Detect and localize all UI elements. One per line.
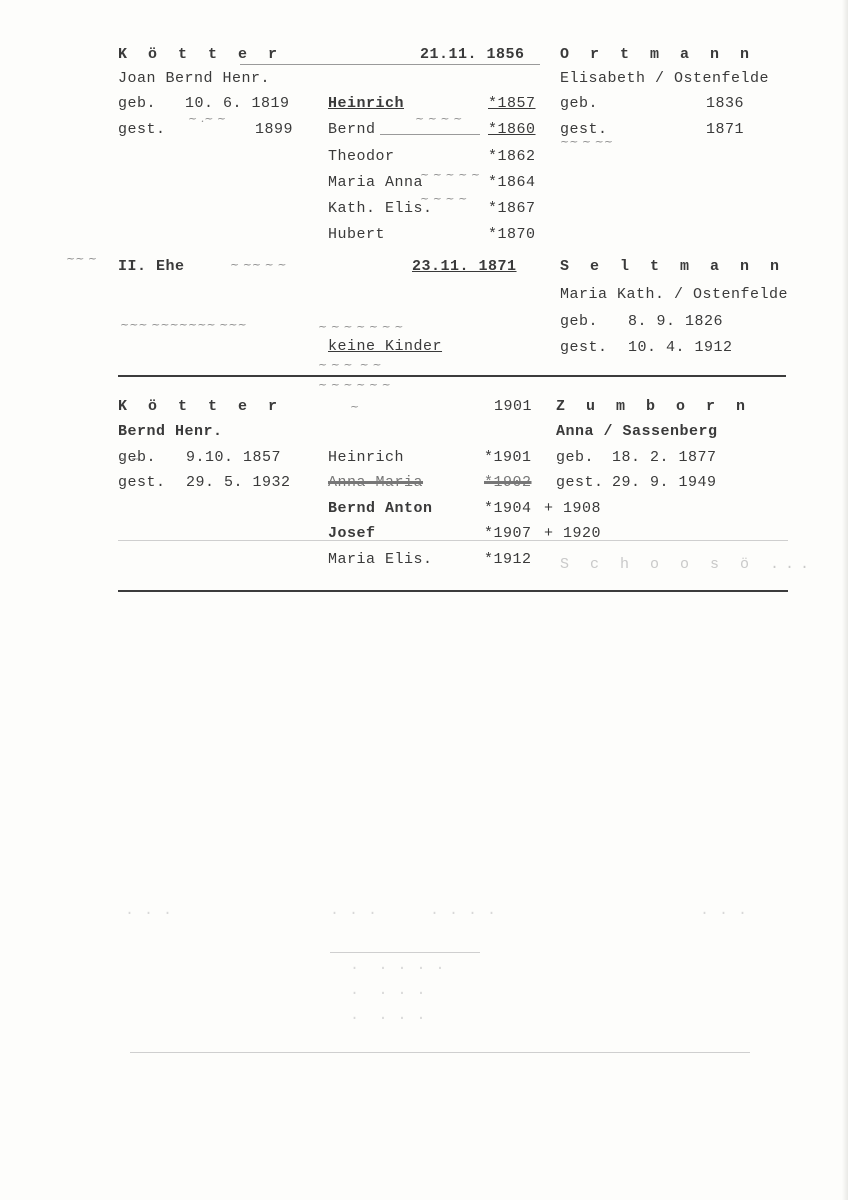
bleed-through-text: · · · <box>700 905 748 922</box>
family3-wife-died-label: gest. <box>556 474 604 491</box>
family3-wife-born-label: geb. <box>556 449 594 466</box>
divider <box>380 134 480 135</box>
page-edge <box>842 0 848 1200</box>
family2-marriage-date: 23.11. 1871 <box>412 258 517 275</box>
bleed-through-text: · · · · <box>350 1010 426 1027</box>
handwritten-note: ~~~ ~~~~~~~ ~~~ <box>120 318 247 331</box>
family1-husband-born: 10. 6. 1819 <box>185 95 290 112</box>
section-divider <box>118 375 786 377</box>
family1-child-name: Kath. Elis. <box>328 200 433 217</box>
family3-child-year: *1902 <box>484 474 532 491</box>
family3-husband-died-label: gest. <box>118 474 166 491</box>
family3-child-name: Heinrich <box>328 449 404 466</box>
family2-husband-label: II. Ehe <box>118 258 185 275</box>
family3-child-year: *1904 <box>484 500 532 517</box>
handwritten-note: ~ ~ ~ ~ ~ <box>318 358 382 371</box>
section-divider <box>118 590 788 592</box>
family1-husband-born-label: geb. <box>118 95 156 112</box>
family1-child-year: *1857 <box>488 95 536 112</box>
family3-child-year: *1901 <box>484 449 532 466</box>
family3-wife-surname: Z u m b o r n <box>556 398 751 415</box>
bleed-through-text: · · · <box>125 905 173 922</box>
family1-wife-given: Elisabeth / Ostenfelde <box>560 70 769 87</box>
bleed-through-text: · · · · <box>430 905 497 922</box>
family1-wife-born: 1836 <box>706 95 744 112</box>
family3-child-name: Anna Maria <box>328 474 423 491</box>
family1-child-year: *1862 <box>488 148 536 165</box>
bleed-through-text: · · · · <box>350 985 426 1002</box>
family3-husband-died: 29. 5. 1932 <box>186 474 291 491</box>
faint-divider <box>118 540 788 541</box>
handwritten-note: ~ ~ ~ ~ ~ ~ <box>318 378 391 391</box>
family2-wife-died: 10. 4. 1912 <box>628 339 733 356</box>
family1-husband-surname: K ö t t e r <box>118 46 283 63</box>
family2-wife-born: 8. 9. 1826 <box>628 313 723 330</box>
family2-wife-given: Maria Kath. / Ostenfelde <box>560 286 788 303</box>
faint-divider <box>330 952 480 953</box>
family1-husband-given: Joan Bernd Henr. <box>118 70 270 87</box>
family1-husband-died-label: gest. <box>118 121 166 138</box>
bleed-through-text: · · · · · <box>350 960 445 977</box>
family1-child-year: *1867 <box>488 200 536 217</box>
family3-wife-given: Anna / Sassenberg <box>556 423 718 440</box>
handwritten-note: ~ <box>350 400 359 413</box>
family1-wife-born-label: geb. <box>560 95 598 112</box>
family1-child-year: *1864 <box>488 174 536 191</box>
faint-divider <box>130 1052 750 1053</box>
family1-child-name: Bernd <box>328 121 376 138</box>
family2-wife-born-label: geb. <box>560 313 598 330</box>
handwritten-note: ~~ ~ <box>66 252 97 265</box>
family1-husband-died: 1899 <box>255 121 293 138</box>
family1-child-name: Hubert <box>328 226 385 243</box>
family3-husband-born: 9.10. 1857 <box>186 449 281 466</box>
handwritten-note: ~ ~ ~ ~ ~ ~ ~ <box>318 320 404 333</box>
family2-wife-surname: S e l t m a n n <box>560 258 785 275</box>
handwritten-note: ~ ~ <box>118 452 140 465</box>
handwritten-note: ~ ~ ~ ~ <box>415 112 462 125</box>
family1-child-year: *1860 <box>488 121 536 138</box>
family1-wife-died: 1871 <box>706 121 744 138</box>
handwritten-note: ~ ~~ ~ ~ <box>230 258 287 271</box>
family3-husband-given: Bernd Henr. <box>118 423 223 440</box>
document-page: K ö t t e r 21.11. 1856 O r t m a n n Jo… <box>0 0 848 1200</box>
handwritten-note: ~~ ~ ~~ <box>560 135 613 148</box>
family3-husband-surname: K ö t t e r <box>118 398 283 415</box>
divider <box>240 64 540 65</box>
family1-child-name: Heinrich <box>328 95 404 112</box>
family2-wife-died-label: gest. <box>560 339 608 356</box>
handwritten-note: ~ ~ ~ ~ <box>420 192 467 205</box>
family3-child-name: Bernd Anton <box>328 500 433 517</box>
family3-wife-died: 29. 9. 1949 <box>612 474 717 491</box>
family1-marriage-date: 21.11. 1856 <box>420 46 525 63</box>
bleed-through-text: · · · <box>330 905 378 922</box>
handwritten-note: ~ .~ ~ <box>188 112 226 125</box>
family1-child-year: *1870 <box>488 226 536 243</box>
family3-child-death: + 1908 <box>544 500 601 517</box>
family3-wife-born: 18. 2. 1877 <box>612 449 717 466</box>
family2-children-note: keine Kinder <box>328 338 442 355</box>
family1-child-name: Theodor <box>328 148 395 165</box>
family3-marriage-year: 1901 <box>494 398 532 415</box>
faint-next-entry: S c h o o s ö ... <box>560 556 815 573</box>
family3-child-year: *1912 <box>484 551 532 568</box>
family3-child-name: Maria Elis. <box>328 551 433 568</box>
handwritten-note: ~ ~ ~ ~ ~ <box>420 168 480 181</box>
family1-child-name: Maria Anna <box>328 174 423 191</box>
family1-wife-surname: O r t m a n n <box>560 46 755 63</box>
